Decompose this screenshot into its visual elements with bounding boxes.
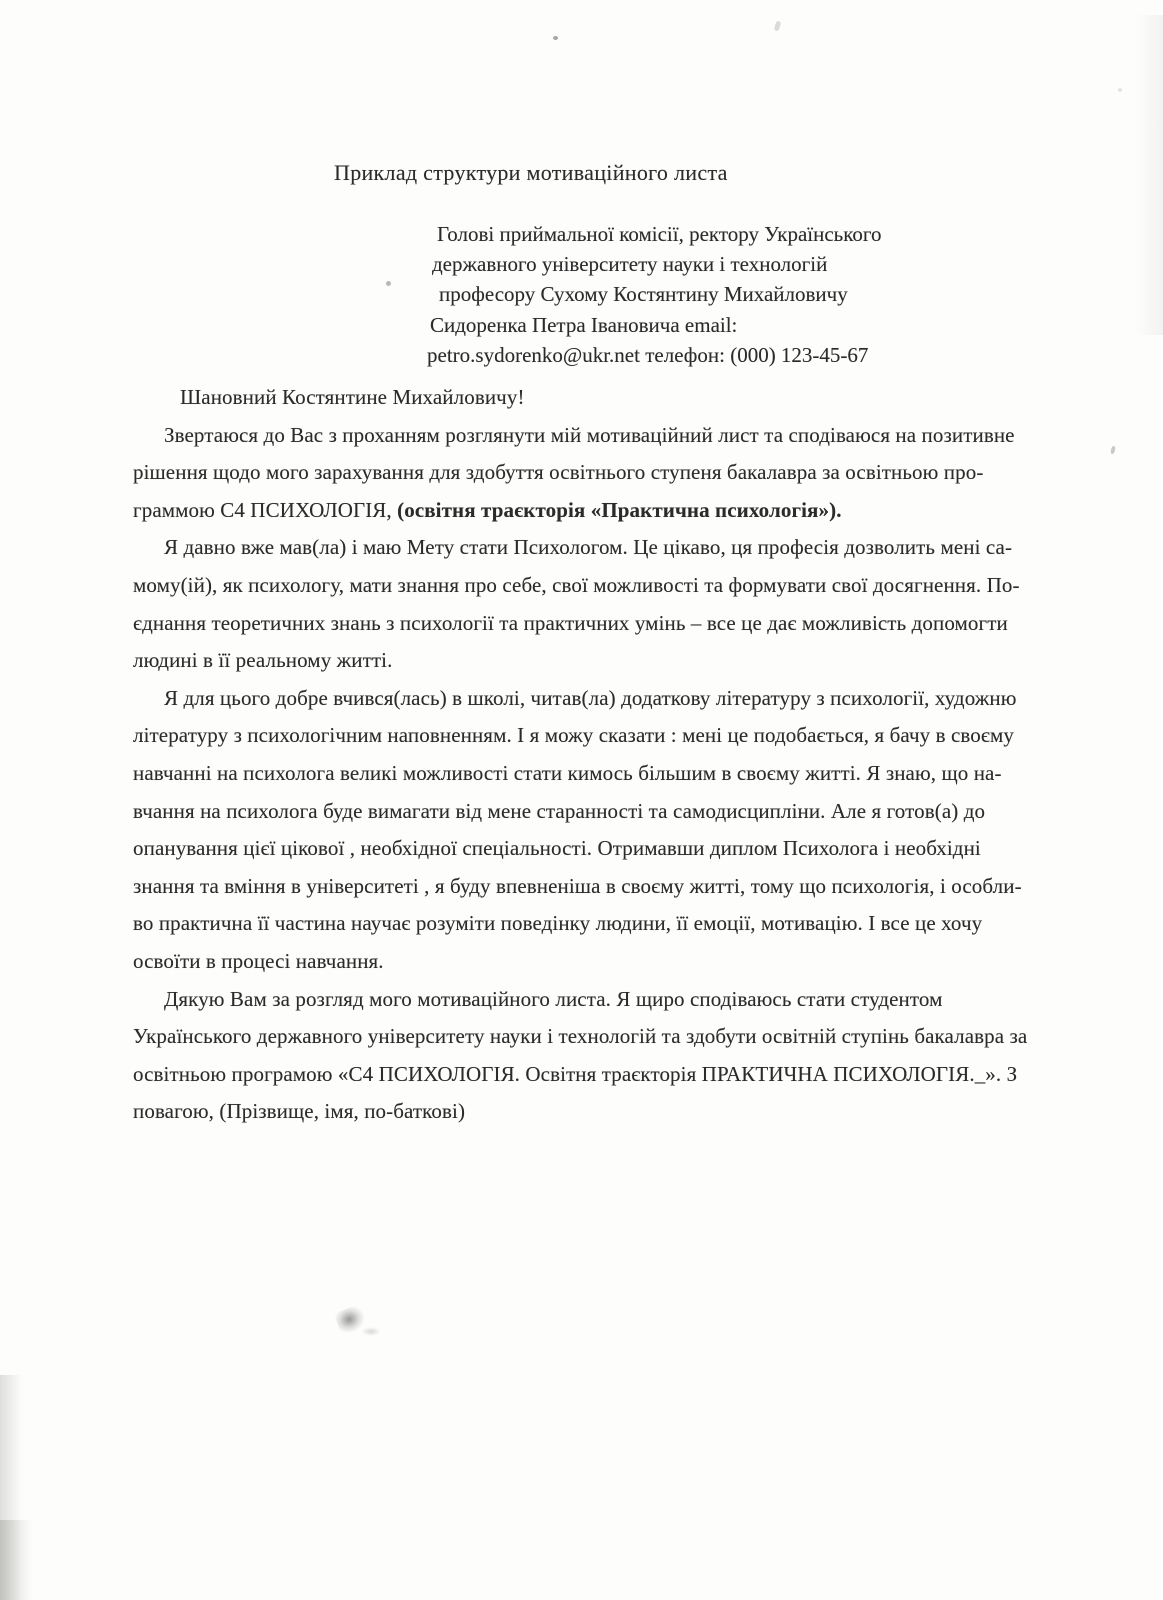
letter-body: Шановний Костянтине Михайловичу! Звертаю…: [133, 379, 1045, 1131]
letter-line: во практична її частина научає розуміти …: [133, 905, 1045, 943]
letter-line: освітньою програмою «С4 ПСИХОЛОГІЯ. Осві…: [133, 1056, 1045, 1094]
scan-speck: [1118, 88, 1122, 92]
recipient-block: Голові приймальної комісії, ректору Укра…: [427, 219, 1027, 370]
letter-line: Звертаюся до Вас з проханням розглянути …: [133, 417, 1045, 455]
scan-speck: [553, 36, 558, 40]
program-line: граммою С4 ПСИХОЛОГІЯ, (освітня траєктор…: [133, 492, 1045, 530]
letter-line: літературу з психологічним наповненням. …: [133, 717, 1045, 755]
recipient-line: Сидоренка Петра Івановича email:: [427, 310, 1027, 340]
letter-line: Українського державного університету нау…: [133, 1018, 1045, 1056]
scan-smudge: [361, 1327, 381, 1336]
signature-line: повагою, (Прізвище, імя, по-баткові): [133, 1093, 1045, 1131]
document-title: Приклад структури мотиваційного листа: [334, 160, 728, 186]
scan-edge-shadow: [0, 1520, 32, 1600]
recipient-line: державного університету науки і технолог…: [427, 249, 1027, 279]
letter-line: вчання на психолога буде вимагати від ме…: [133, 793, 1045, 831]
letter-line: Я для цього добре вчився(лась) в школі, …: [133, 680, 1045, 718]
letter-line: людині в її реальному житті.: [133, 642, 1045, 680]
letter-line: навчанні на психолога великі можливості …: [133, 755, 1045, 793]
salutation: Шановний Костянтине Михайловичу!: [133, 379, 1045, 417]
letter-line: Дякую Вам за розгляд мого мотиваційного …: [133, 981, 1045, 1019]
letter-line: опанування цієї цікової , необхідної спе…: [133, 830, 1045, 868]
recipient-contact-line: petro.sydorenko@ukr.net телефон: (000) 1…: [427, 340, 1027, 370]
letter-line: єднання теоретичних знань з психології т…: [133, 605, 1045, 643]
recipient-line: професору Сухому Костянтину Михайловичу: [427, 279, 1027, 309]
program-trajectory-bold: (освітня траєкторія «Практична психологі…: [397, 498, 841, 522]
recipient-line: Голові приймальної комісії, ректору Укра…: [427, 219, 1027, 249]
letter-line: освоїти в процесі навчання.: [133, 943, 1045, 981]
scan-edge-ghost: [1135, 15, 1163, 335]
letter-line: мому(ій), як психологу, мати знання про …: [133, 567, 1045, 605]
scan-speck: [386, 281, 391, 286]
letter-line: Я давно вже мав(ла) і маю Мету стати Пси…: [133, 529, 1045, 567]
letter-line: знання та вміння в університеті , я буду…: [133, 868, 1045, 906]
scanned-letter-page: Приклад структури мотиваційного листа Го…: [0, 0, 1163, 1600]
letter-line: рішення щодо мого зарахування для здобут…: [133, 454, 1045, 492]
scan-speck: [1110, 446, 1116, 455]
letter-line-text: граммою С4 ПСИХОЛОГІЯ,: [133, 498, 397, 522]
scan-speck: [774, 20, 782, 31]
